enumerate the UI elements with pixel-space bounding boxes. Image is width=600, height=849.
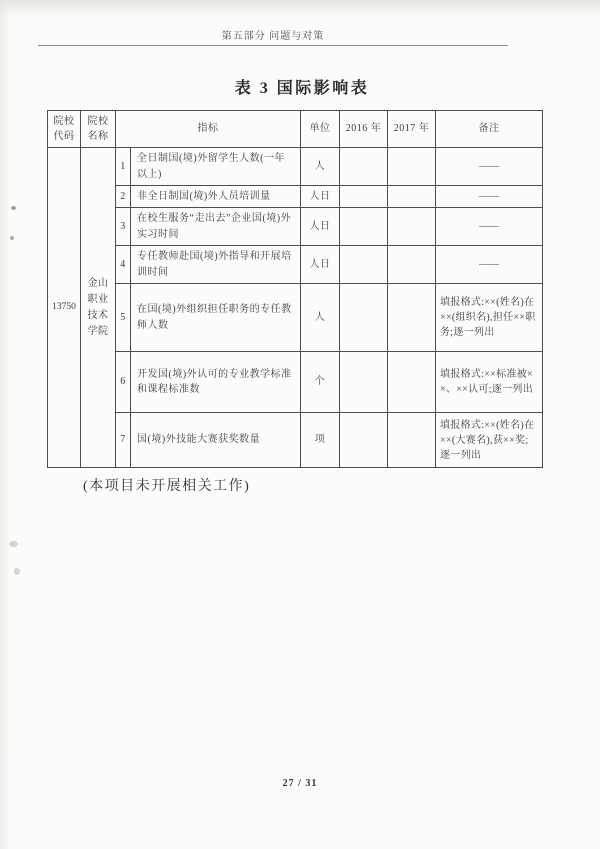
value-2017-cell bbox=[388, 284, 436, 352]
table-row: 6 开发国(境)外认可的专业教学标准和课程标准数 个 填报格式:××标准被××、… bbox=[48, 352, 543, 413]
header-cell-indicator: 指标 bbox=[116, 111, 301, 148]
value-2016-cell bbox=[340, 352, 388, 413]
unit-cell: 人日 bbox=[301, 186, 340, 208]
indicator-cell: 专任教师赴国(境)外指导和开展培训时间 bbox=[131, 246, 301, 284]
row-number-cell: 6 bbox=[116, 352, 131, 413]
page-title: 表 3 国际影响表 bbox=[2, 75, 600, 98]
indicator-cell: 在国(境)外组织担任职务的专任教师人数 bbox=[131, 284, 301, 352]
header-cell-institution-name: 院校名称 bbox=[81, 111, 116, 148]
row-number-cell: 1 bbox=[116, 148, 131, 186]
row-number-cell: 7 bbox=[116, 413, 131, 468]
value-2016-cell bbox=[340, 186, 388, 208]
row-number-cell: 3 bbox=[116, 208, 131, 246]
value-2016-cell bbox=[340, 208, 388, 246]
row-number-cell: 2 bbox=[116, 186, 131, 208]
scan-speck bbox=[14, 568, 20, 575]
page-container: 第五部分 问题与对策 表 3 国际影响表 院校代码 院校名称 指标 单位 201… bbox=[0, 0, 600, 849]
table-row: 4 专任教师赴国(境)外指导和开展培训时间 人日 —— bbox=[48, 246, 543, 284]
table-header-row: 院校代码 院校名称 指标 单位 2016 年 2017 年 备注 bbox=[48, 111, 543, 148]
table-row: 5 在国(境)外组织担任职务的专任教师人数 人 填报格式:××(姓名)在××(组… bbox=[48, 284, 543, 352]
unit-cell: 人日 bbox=[301, 246, 340, 284]
indicator-cell: 国(境)外技能大赛获奖数量 bbox=[131, 413, 301, 468]
remark-cell: 填报格式:××(姓名)在××(大赛名),获××奖;逐一列出 bbox=[436, 413, 543, 468]
value-2016-cell bbox=[340, 148, 388, 186]
running-head: 第五部分 问题与对策 bbox=[0, 27, 546, 42]
table-row: 7 国(境)外技能大赛获奖数量 项 填报格式:××(姓名)在××(大赛名),获×… bbox=[48, 413, 543, 468]
value-2017-cell bbox=[388, 413, 436, 468]
scan-speck bbox=[9, 541, 18, 547]
remark-cell: —— bbox=[436, 186, 543, 208]
international-impact-table: 院校代码 院校名称 指标 单位 2016 年 2017 年 备注 13750 金… bbox=[47, 110, 543, 468]
value-2017-cell bbox=[388, 186, 436, 208]
value-2017-cell bbox=[388, 148, 436, 186]
header-cell-2017: 2017 年 bbox=[388, 111, 436, 148]
note-text: (本项目未开展相关工作) bbox=[83, 475, 250, 495]
table-row: 3 在校生服务“走出去”企业国(境)外实习时间 人日 —— bbox=[48, 208, 543, 246]
unit-cell: 人日 bbox=[301, 208, 340, 246]
institution-code-cell: 13750 bbox=[48, 148, 81, 468]
remark-cell: —— bbox=[436, 246, 543, 284]
row-number-cell: 4 bbox=[116, 246, 131, 284]
indicator-cell: 开发国(境)外认可的专业教学标准和课程标准数 bbox=[131, 352, 301, 413]
page-number: 27 / 31 bbox=[0, 778, 600, 789]
indicator-cell: 非全日制国(境)外人员培训量 bbox=[131, 186, 301, 208]
value-2017-cell bbox=[388, 352, 436, 413]
value-2016-cell bbox=[340, 246, 388, 284]
header-cell-2016: 2016 年 bbox=[340, 111, 388, 148]
unit-cell: 人 bbox=[301, 148, 340, 186]
table-row: 2 非全日制国(境)外人员培训量 人日 —— bbox=[48, 186, 543, 208]
unit-cell: 人 bbox=[301, 284, 340, 352]
header-rule bbox=[38, 45, 508, 46]
remark-cell: —— bbox=[436, 148, 543, 186]
institution-name-cell: 金山职业技术学院 bbox=[81, 148, 116, 468]
remark-cell: 填报格式:××标准被××、××认可;逐一列出 bbox=[436, 352, 543, 413]
scan-speck bbox=[10, 236, 14, 240]
remark-cell: 填报格式:××(姓名)在××(组织名),担任××职务;逐一列出 bbox=[436, 284, 543, 352]
value-2017-cell bbox=[388, 246, 436, 284]
remark-cell: —— bbox=[436, 208, 543, 246]
value-2017-cell bbox=[388, 208, 436, 246]
table-row: 13750 金山职业技术学院 1 全日制国(境)外留学生人数(一年以上) 人 —… bbox=[48, 148, 543, 186]
header-cell-remark: 备注 bbox=[436, 111, 543, 148]
header-cell-institution-code: 院校代码 bbox=[48, 111, 81, 148]
indicator-cell: 在校生服务“走出去”企业国(境)外实习时间 bbox=[131, 208, 301, 246]
value-2016-cell bbox=[340, 284, 388, 352]
row-number-cell: 5 bbox=[116, 284, 131, 352]
unit-cell: 项 bbox=[301, 413, 340, 468]
header-cell-unit: 单位 bbox=[301, 111, 340, 148]
indicator-cell: 全日制国(境)外留学生人数(一年以上) bbox=[131, 148, 301, 186]
scan-speck bbox=[11, 206, 16, 210]
unit-cell: 个 bbox=[301, 352, 340, 413]
value-2016-cell bbox=[340, 413, 388, 468]
